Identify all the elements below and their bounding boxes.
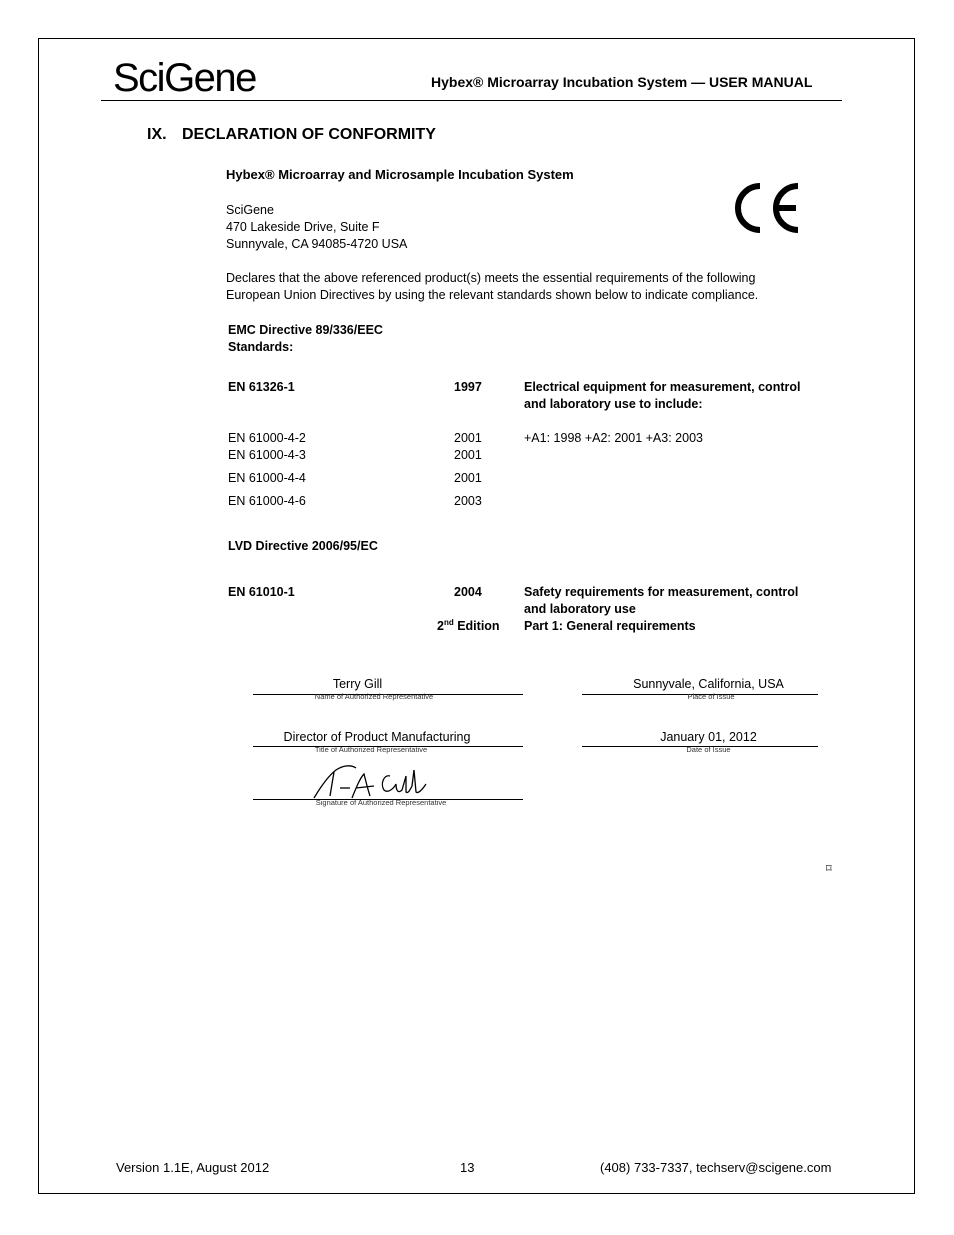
statement-line-1: Declares that the above referenced produ… xyxy=(226,271,755,285)
end-of-section-icon: ⌑ xyxy=(826,862,832,875)
footer-version: Version 1.1E, August 2012 xyxy=(116,1160,269,1175)
representative-name: Terry Gill xyxy=(253,677,462,691)
place-of-issue: Sunnyvale, California, USA xyxy=(582,677,835,691)
name-caption: Name of Authorized Representative xyxy=(253,692,495,701)
product-name: Hybex® Microarray and Microsample Incuba… xyxy=(226,167,574,182)
emc-standard-row: EN 61000-4-4 xyxy=(228,471,306,485)
emc-directive: EMC Directive 89/336/EEC xyxy=(228,323,383,337)
emc-standard-row: EN 61000-4-6 xyxy=(228,494,306,508)
emc-main-year: 1997 xyxy=(454,380,482,394)
emc-main-desc-2: and laboratory use to include: xyxy=(524,397,703,411)
emc-standard-year: 2003 xyxy=(454,494,482,508)
address-line-1: 470 Lakeside Drive, Suite F xyxy=(226,220,380,234)
date-of-issue: January 01, 2012 xyxy=(582,730,835,744)
emc-standard-year: 2001 xyxy=(454,448,482,462)
lvd-edition: 2nd Edition xyxy=(437,619,500,633)
address-line-2: Sunnyvale, CA 94085-4720 USA xyxy=(226,237,407,251)
emc-standard-row: EN 61000-4-3 xyxy=(228,448,306,462)
section-title: IX.DECLARATION OF CONFORMITY xyxy=(147,126,436,144)
footer-contact: (408) 733-7337, techserv@scigene.com xyxy=(600,1160,831,1175)
company-name: SciGene xyxy=(226,203,274,217)
lvd-directive: LVD Directive 2006/95/EC xyxy=(228,539,378,553)
lvd-desc-3: Part 1: General requirements xyxy=(524,619,696,633)
manual-title: Hybex® Microarray Incubation System — US… xyxy=(431,74,812,90)
header-rule xyxy=(101,100,842,101)
handwritten-signature-icon xyxy=(310,760,440,800)
emc-standard-year: 2001 xyxy=(454,471,482,485)
title-caption: Title of Authorized Representative xyxy=(253,745,489,754)
scigene-logo: SciGene xyxy=(113,56,256,101)
emc-main-standard: EN 61326-1 xyxy=(228,380,295,394)
section-number: IX. xyxy=(147,126,182,144)
ce-mark-icon xyxy=(730,180,802,236)
place-caption: Place of Issue xyxy=(582,692,840,701)
lvd-desc-2: and laboratory use xyxy=(524,602,636,616)
footer-page-number: 13 xyxy=(460,1160,474,1175)
lvd-year: 2004 xyxy=(454,585,482,599)
date-caption: Date of Issue xyxy=(582,745,835,754)
standards-label: Standards: xyxy=(228,340,293,354)
lvd-desc-1: Safety requirements for measurement, con… xyxy=(524,585,798,599)
lvd-standard: EN 61010-1 xyxy=(228,585,295,599)
statement-line-2: European Union Directives by using the r… xyxy=(226,288,758,302)
signature-caption: Signature of Authorized Representative xyxy=(253,798,509,807)
emc-main-desc-1: Electrical equipment for measurement, co… xyxy=(524,380,800,394)
emc-standard-year: 2001 xyxy=(454,431,482,445)
representative-title: Director of Product Manufacturing xyxy=(253,730,501,744)
emc-standard-note: +A1: 1998 +A2: 2001 +A3: 2003 xyxy=(524,431,703,445)
section-heading: DECLARATION OF CONFORMITY xyxy=(182,126,436,143)
emc-standard-row: EN 61000-4-2 xyxy=(228,431,306,445)
